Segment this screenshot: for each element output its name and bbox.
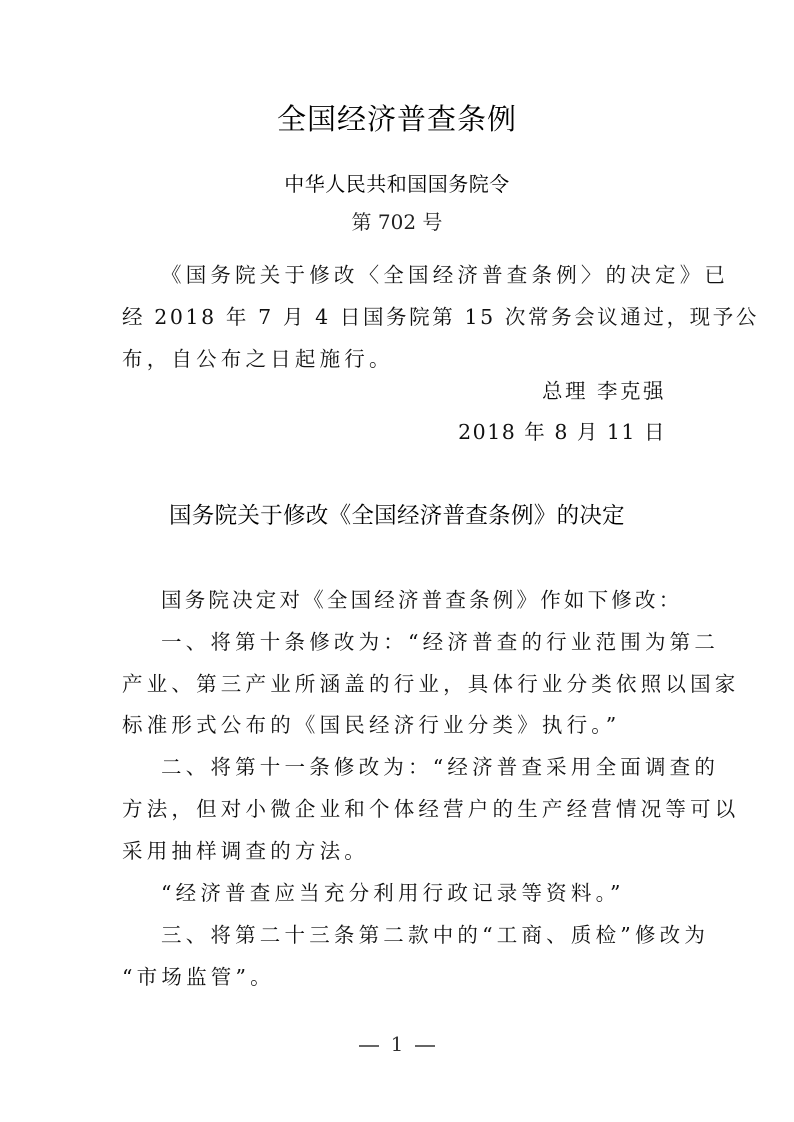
decision-line-10: “市场监管”。 — [122, 960, 275, 990]
promulgation-line-3: 布，自公布之日起施行。 — [122, 342, 394, 372]
decision-line-2: 一、将第十条修改为：“经济普查的行业范围为第二 — [161, 625, 719, 655]
promulgation-line-1: 《国务院关于修改〈全国经济普查条例〉的决定》已 — [161, 258, 729, 288]
decision-line-9: 三、将第二十三条第二款中的“工商、质检”修改为 — [161, 918, 709, 948]
order-number: 第 702 号 — [0, 206, 794, 235]
decision-line-7: 采用抽样调查的方法。 — [122, 834, 369, 864]
decision-line-4: 标准形式公布的《国民经济行业分类》执行。” — [122, 708, 620, 738]
page-footer: 1 — [0, 1032, 794, 1056]
decision-line-8: “经济普查应当充分利用行政记录等资料。” — [161, 876, 625, 906]
decision-title: 国务院关于修改《全国经济普查条例》的决定 — [0, 498, 794, 530]
signatory: 总理 李克强 — [542, 374, 666, 404]
footer-dash-left — [359, 1045, 379, 1047]
page-number: 1 — [391, 1032, 404, 1056]
footer-dash-right — [415, 1045, 435, 1047]
decision-line-1: 国务院决定对《全国经济普查条例》作如下修改： — [161, 583, 682, 613]
decision-line-6: 方法，但对小微企业和个体经营户的生产经营情况等可以 — [122, 792, 740, 822]
decision-line-3: 产业、第三产业所涵盖的行业，具体行业分类依照以国家 — [122, 667, 740, 697]
order-issuer: 中华人民共和国国务院令 — [0, 168, 794, 197]
promulgation-date: 2018 年 8 月 11 日 — [458, 415, 666, 445]
decision-line-5: 二、将第十一条修改为：“经济普查采用全面调查的 — [161, 750, 719, 780]
document-page: 全国经济普查条例 中华人民共和国国务院令 第 702 号 《国务院关于修改〈全国… — [0, 0, 794, 1122]
document-title: 全国经济普查条例 — [0, 97, 794, 138]
promulgation-line-2: 经 2018 年 7 月 4 日国务院第 15 次常务会议通过，现予公 — [122, 300, 759, 330]
